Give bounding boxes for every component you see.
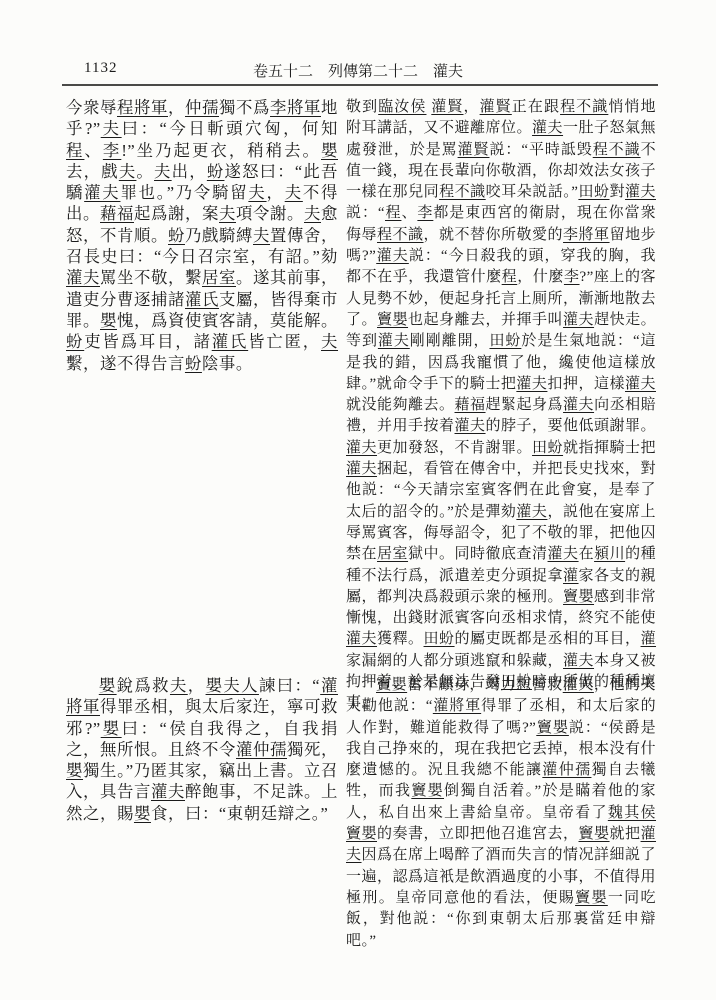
proper-noun: 灌夫 bbox=[376, 248, 409, 264]
proper-noun: 灌賢 bbox=[431, 99, 463, 115]
proper-noun: 程不識 bbox=[439, 184, 486, 200]
text-run: 。 bbox=[136, 162, 154, 181]
proper-noun: 田蚡 bbox=[424, 631, 455, 647]
proper-noun: 夫 bbox=[253, 226, 270, 245]
proper-noun: 嬰 bbox=[99, 676, 117, 695]
proper-noun: 灌夫 bbox=[548, 546, 579, 562]
proper-noun: 灌夫 bbox=[84, 183, 120, 202]
text-run: 就把 bbox=[610, 826, 641, 842]
proper-noun: 嬰 bbox=[134, 804, 151, 823]
proper-noun: 灌仲孺 bbox=[542, 762, 591, 778]
proper-noun: 夫 bbox=[304, 204, 321, 223]
proper-noun: 灌夫 bbox=[563, 397, 594, 413]
proper-noun: 夫 bbox=[248, 183, 266, 202]
proper-noun: 竇嬰 bbox=[563, 589, 594, 605]
proper-noun: 夫 bbox=[119, 162, 137, 181]
text-run: 咬耳朵説話。” bbox=[486, 184, 579, 200]
proper-noun: 竇嬰 bbox=[376, 677, 407, 693]
proper-noun: 竇嬰 bbox=[346, 826, 377, 842]
proper-noun: 灌夫 bbox=[346, 461, 377, 477]
text-run: 出， bbox=[172, 162, 207, 181]
text-run: 趕緊起身爲 bbox=[486, 397, 564, 413]
proper-noun: 魏其侯 bbox=[608, 805, 656, 821]
text-run: 就没能夠離去。 bbox=[346, 397, 455, 413]
proper-noun: 仲孺 bbox=[185, 98, 219, 117]
text-run: 項令謝。 bbox=[236, 204, 304, 223]
proper-noun: 灌夫 bbox=[516, 376, 547, 392]
text-run: 奮不顧身，竭力想營救 bbox=[407, 677, 563, 693]
text-run: 説：“平時詆毁 bbox=[489, 142, 592, 158]
text-run: 吏皆爲耳目，諸 bbox=[84, 332, 212, 351]
text-run: !”坐乃起更衣，稍稍去。 bbox=[121, 141, 321, 160]
text-run: 敬到 bbox=[346, 99, 378, 115]
classical-text-column: 今衆辱程將軍，仲孺獨不爲李將軍地乎?”夫曰：“今日斬頭穴匈，何知程、李!”坐乃起… bbox=[66, 97, 338, 977]
proper-noun: 竇嬰 bbox=[377, 312, 408, 328]
proper-noun: 居室 bbox=[202, 268, 236, 287]
proper-noun: 灌仲孺 bbox=[236, 740, 287, 759]
proper-noun: 夫 bbox=[170, 676, 188, 695]
proper-noun: 嬰 bbox=[66, 761, 83, 780]
proper-noun: 灌夫 bbox=[455, 418, 486, 434]
proper-noun: 灌夫 bbox=[346, 440, 377, 456]
text-run: 剛剛離開， bbox=[410, 333, 490, 349]
text-run: 獄中。同時徹底查清 bbox=[408, 546, 548, 562]
proper-noun: 夫 bbox=[154, 162, 172, 181]
proper-noun: 程不識 bbox=[560, 99, 608, 115]
text-run: 扣押，這樣 bbox=[547, 376, 625, 392]
proper-noun: 竇嬰 bbox=[536, 720, 569, 736]
text-run: 説：“ bbox=[346, 205, 385, 221]
text-run: 繫，遂不得告言 bbox=[66, 354, 185, 373]
proper-noun: 竇嬰 bbox=[411, 783, 444, 799]
text-run: ， bbox=[267, 183, 285, 202]
text-run: 曰：“今日斬頭穴匈，何知 bbox=[122, 119, 338, 138]
text-run: 愧，爲資使賓客請，莫能解。 bbox=[117, 311, 338, 330]
proper-noun: 藉福 bbox=[100, 204, 134, 223]
text-run: 皆亡匿， bbox=[248, 332, 321, 351]
text-run: 罪也。”乃令騎留 bbox=[120, 183, 248, 202]
proper-noun: 田蚡 bbox=[578, 184, 609, 200]
proper-noun: 程不識 bbox=[377, 227, 424, 243]
text-run: 諫曰：“ bbox=[259, 676, 320, 695]
proper-noun: 夫 bbox=[101, 119, 122, 138]
text-run: 去，戲 bbox=[66, 162, 119, 181]
proper-noun: 灌夫 bbox=[563, 677, 594, 693]
proper-noun: 李 bbox=[417, 205, 433, 221]
proper-noun: 嬰 bbox=[321, 141, 338, 160]
text-run: 、 bbox=[84, 141, 102, 160]
proper-noun: 蚡 bbox=[66, 332, 84, 351]
proper-noun: 灌賢 bbox=[480, 99, 512, 115]
proper-noun: 李 bbox=[564, 269, 580, 285]
text-run: 獨死， bbox=[287, 740, 338, 759]
proper-noun: 灌氏 bbox=[185, 290, 219, 309]
proper-noun: 灌夫 bbox=[563, 653, 594, 669]
proper-noun: 竇嬰 bbox=[575, 890, 608, 906]
proper-noun: 蚡 bbox=[207, 162, 225, 181]
proper-noun: 夫 bbox=[285, 183, 303, 202]
text-run: 今衆辱 bbox=[66, 98, 117, 117]
proper-noun: 灌夫 bbox=[532, 120, 563, 136]
text-run: 對 bbox=[610, 184, 626, 200]
text-run: 正在跟 bbox=[512, 99, 560, 115]
text-run: 就指揮騎士把 bbox=[563, 440, 656, 456]
proper-noun: 程 bbox=[66, 141, 84, 160]
proper-noun: 嬰 bbox=[100, 311, 117, 330]
page-header: 1132 卷五十二 列傳第二十二 灌夫 bbox=[0, 60, 716, 80]
proper-noun: 蚡 bbox=[168, 226, 185, 245]
text-run: 更加發怒，不肯謝罪。 bbox=[377, 440, 532, 456]
book-page: 1132 卷五十二 列傳第二十二 灌夫 今衆辱程將軍，仲孺獨不爲李將軍地乎?”夫… bbox=[0, 0, 716, 1000]
proper-noun: 程 bbox=[385, 205, 401, 221]
proper-noun: 灌夫 bbox=[378, 333, 410, 349]
proper-noun: 程 bbox=[502, 269, 518, 285]
text-run: ， bbox=[188, 676, 206, 695]
proper-noun: 程不識 bbox=[593, 142, 641, 158]
translation-column: 敬到臨汝侯 灌賢，灌賢正在跟程不識悄悄地附耳講話，又不避離席位。灌夫一肚子怒氣無… bbox=[346, 97, 656, 977]
proper-noun: 居室 bbox=[377, 546, 408, 562]
proper-noun: 灌夫 bbox=[151, 782, 185, 801]
proper-noun: 夫 bbox=[219, 204, 236, 223]
proper-noun: 灌夫 bbox=[563, 312, 594, 328]
proper-noun: 蚡 bbox=[185, 354, 202, 373]
proper-noun: 潁川 bbox=[594, 546, 625, 562]
proper-noun: 李 bbox=[103, 141, 121, 160]
proper-noun: 夫 bbox=[321, 332, 338, 351]
text-run: 、 bbox=[401, 205, 417, 221]
proper-noun: 嬰 bbox=[101, 719, 122, 738]
proper-noun: 臨汝侯 bbox=[378, 99, 426, 115]
text-run: ， bbox=[168, 98, 185, 117]
text-run: 也起身離去，并揮手叫 bbox=[408, 312, 563, 328]
proper-noun: 灌將軍 bbox=[433, 698, 481, 714]
text-run: 的奏書，立即把他召進宮去， bbox=[377, 826, 579, 842]
text-run: 乃戲騎縛 bbox=[185, 226, 253, 245]
proper-noun: 灌夫 bbox=[625, 184, 656, 200]
text-run: ，什麼 bbox=[517, 269, 564, 285]
text-run: 在 bbox=[579, 546, 595, 562]
running-head: 卷五十二 列傳第二十二 灌夫 bbox=[0, 60, 716, 81]
proper-noun: 灌夫 bbox=[625, 376, 656, 392]
translation-paragraph-2: 竇嬰奮不顧身，竭力想營救灌夫，他的夫人勸他説：“灌將軍得罪了丞相，和太后家的人作… bbox=[346, 675, 656, 952]
text-run: 起爲謝，案 bbox=[134, 204, 219, 223]
text-run: ，就不替你所敬愛的 bbox=[424, 227, 564, 243]
text-run: 陰事。 bbox=[202, 354, 253, 373]
text-run: 獨不爲 bbox=[219, 98, 270, 117]
proper-noun: 灌 bbox=[563, 568, 579, 584]
text-run: 的屬吏既都是丞相的耳目， bbox=[455, 631, 641, 647]
text-run: ， bbox=[464, 99, 480, 115]
text-run: 家漏網的人都分頭逃竄和躲藏， bbox=[346, 653, 563, 669]
proper-noun: 灌夫 bbox=[516, 504, 547, 520]
proper-noun: 灌氏 bbox=[212, 332, 248, 351]
classical-paragraph-1: 今衆辱程將軍，仲孺獨不爲李將軍地乎?”夫曰：“今日斬頭穴匈，何知程、李!”坐乃起… bbox=[66, 97, 338, 374]
proper-noun: 灌 bbox=[641, 631, 656, 647]
translation-paragraph-1: 敬到臨汝侯 灌賢，灌賢正在跟程不識悄悄地附耳講話，又不避離席位。灌夫一肚子怒氣無… bbox=[346, 97, 656, 715]
header-rule bbox=[62, 84, 658, 86]
proper-noun: 田蚡 bbox=[532, 440, 563, 456]
text-run: 獲釋。 bbox=[377, 631, 424, 647]
proper-noun: 藉福 bbox=[455, 397, 486, 413]
classical-paragraph-2: 嬰銳爲救夫，嬰夫人諫曰：“灌將軍得罪丞相，與太后家迕，寧可救邪?”嬰曰：“侯自我… bbox=[66, 675, 338, 824]
proper-noun: 田蚡 bbox=[489, 333, 521, 349]
text-run: 罵坐不敬，繫 bbox=[100, 268, 202, 287]
proper-noun: 李將軍 bbox=[270, 98, 321, 117]
text-run: 食，曰：“東朝廷辯之。” bbox=[151, 804, 328, 823]
proper-noun: 程將軍 bbox=[117, 98, 168, 117]
proper-noun: 灌賢 bbox=[458, 142, 490, 158]
proper-noun: 灌夫 bbox=[346, 631, 377, 647]
proper-noun: 嬰夫人 bbox=[206, 676, 259, 695]
proper-noun: 灌夫 bbox=[66, 268, 100, 287]
proper-noun: 李將軍 bbox=[563, 227, 610, 243]
text-run: 的脖子，要他低頭謝罪。 bbox=[486, 418, 656, 434]
proper-noun: 竇嬰 bbox=[579, 826, 610, 842]
text-run: 銳爲救 bbox=[117, 676, 170, 695]
